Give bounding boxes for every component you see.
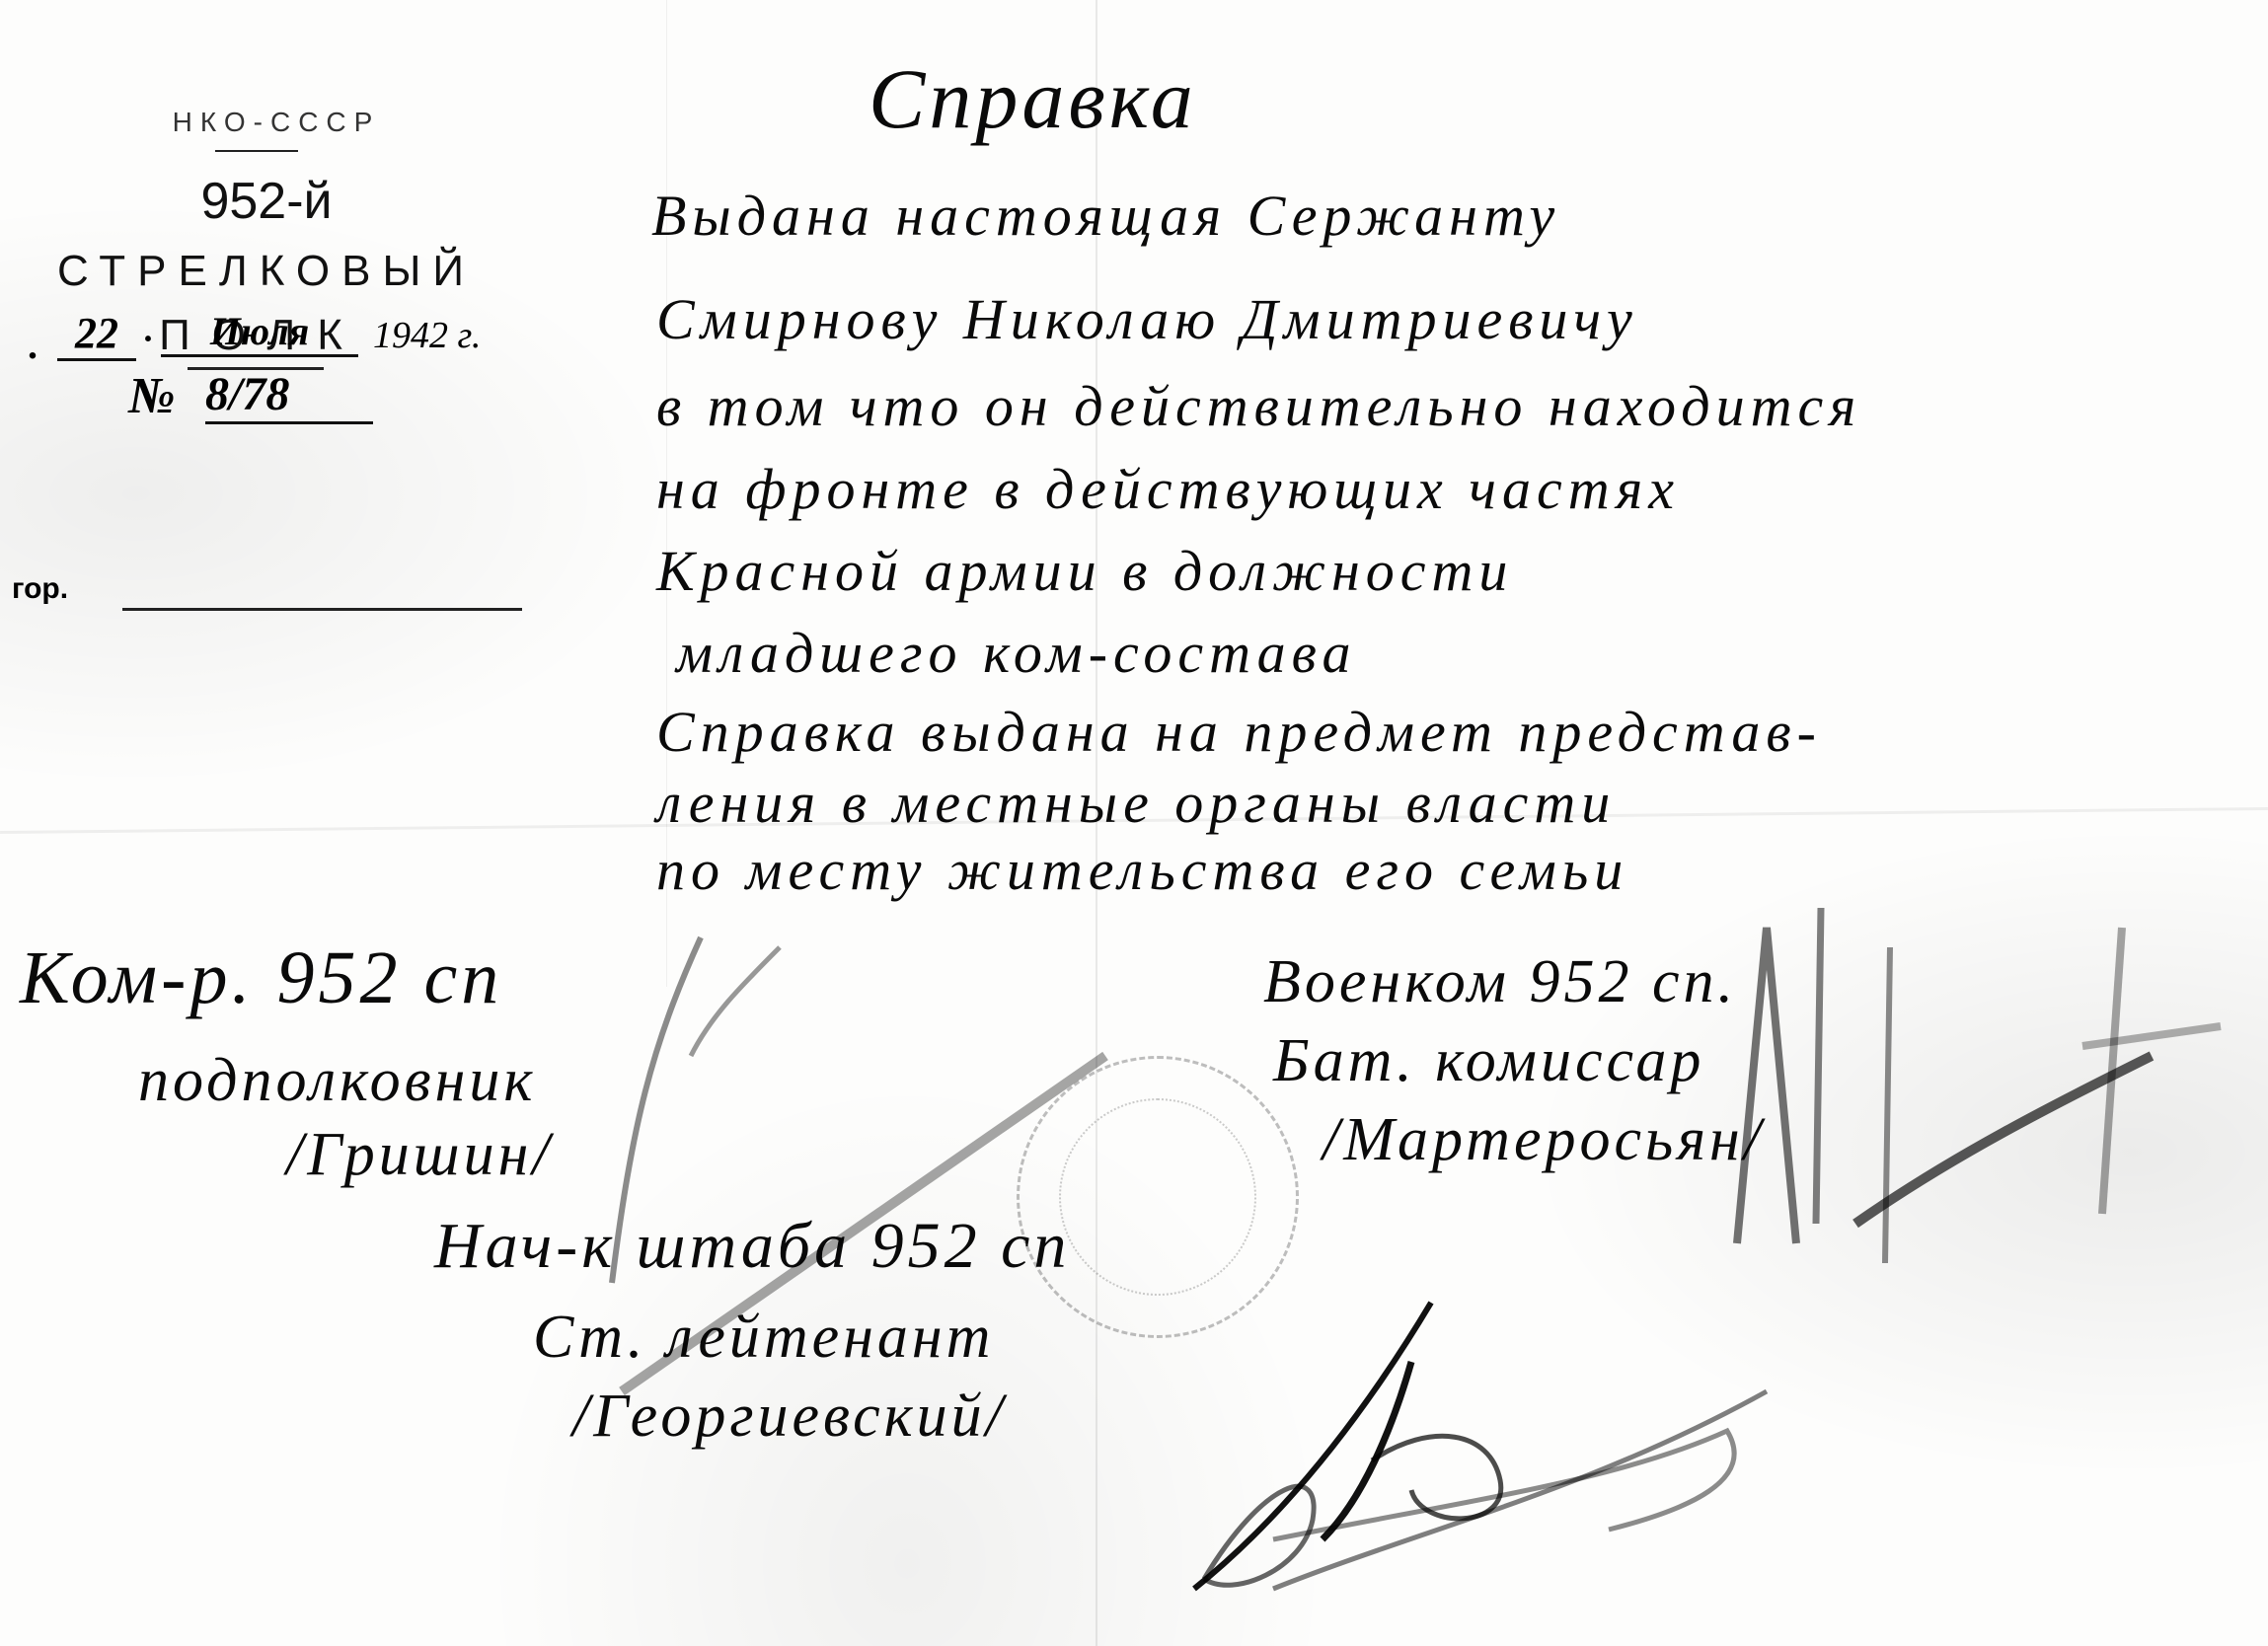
signature-commissar-name: /Мартеросьян/ [1323,1105,1765,1175]
body-line: Справка выдана на предмет представ- [656,699,1822,765]
unit-type: СТРЕЛКОВЫЙ [10,247,523,296]
city-field: гор. [12,572,525,622]
date-year: 1942 г. [373,314,481,357]
document-date: . 22 · Июля 1942 г. [18,308,531,367]
body-line: на фронте в действующих частях [656,456,1680,522]
document-number: № 8/78 [128,367,375,436]
date-day: 22 [57,308,136,361]
pencil-signature-right-icon [1707,888,2260,1283]
date-dot: . [28,322,38,368]
signature-commissar-rank: Бат. комиссар [1273,1026,1704,1096]
body-line: по месту жительства его семьи [656,837,1628,903]
document-paper: НКО-СССР 952-й СТРЕЛКОВЫЙ ПОЛК . 22 · Ию… [0,0,2268,1646]
number-value: 8/78 [205,367,373,424]
signature-commander-rank: подполковник [138,1046,536,1116]
body-line: Выдана настоящая Сержанту [651,183,1560,249]
city-label: гор. [12,572,68,606]
document-title: Справка [869,49,1197,148]
number-sign: № [128,367,176,425]
pencil-diagonal-stroke-icon [612,1046,1125,1401]
body-line: Красной армии в должности [656,538,1513,604]
body-line: младшего ком-состава [676,620,1356,686]
ink-flourish-signature-icon [1174,1283,1786,1599]
body-line: ления в местные органы власти [656,770,1616,836]
divider [215,150,298,152]
organization-name: НКО-СССР [148,107,405,138]
unit-number: 952-й [128,172,405,231]
body-line: в том что он действительно находится [656,373,1861,439]
body-line: Смирнову Николаю Дмитриевичу [656,286,1638,352]
signature-commander-name: /Гришин/ [286,1120,554,1190]
signature-commander-position: Ком-р. 952 сп [20,935,502,1021]
date-dot: · [142,318,154,359]
date-month: Июля [161,308,358,357]
signature-commissar-position: Военком 952 сп. [1263,947,1737,1017]
city-blank-line [122,608,522,611]
